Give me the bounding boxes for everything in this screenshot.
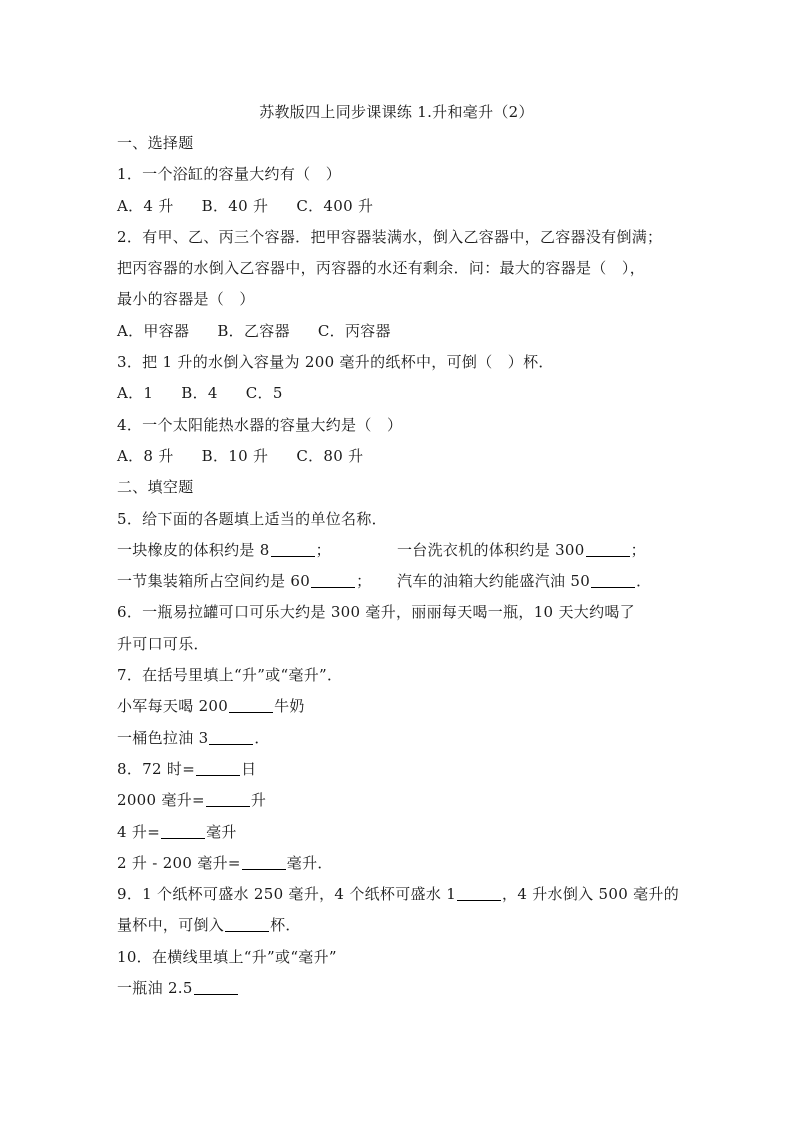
question-6-line-2: 升可口可乐．	[117, 632, 697, 663]
q5-item-2-punct: ；	[631, 541, 646, 559]
question-1-options: A．4 升B．40 升C．400 升	[117, 194, 697, 225]
q5-item-4-punct: ．	[636, 572, 651, 590]
q5-item-1: 一块橡皮的体积约是 8；	[117, 541, 331, 559]
question-4-options: A．8 升B．10 升C．80 升	[117, 444, 697, 475]
option-a: A．1	[117, 381, 153, 405]
answer-blank[interactable]	[271, 540, 315, 557]
question-2-options: A．甲容器B．乙容器C．丙容器	[117, 319, 697, 350]
question-5-row-1: 一块橡皮的体积约是 8； 一台洗衣机的体积约是 300；	[117, 538, 697, 569]
question-8-item-3: 4 升=毫升	[117, 820, 697, 851]
option-a: A．4 升	[117, 194, 174, 218]
question-2-stem-line-2: 把丙容器的水倒入乙容器中，丙容器的水还有剩余．问：最大的容器是（ ），	[117, 256, 697, 287]
answer-blank[interactable]	[457, 884, 501, 901]
answer-blank[interactable]	[586, 540, 630, 557]
question-6-line-1: 6．一瓶易拉罐可口可乐大约是 300 毫升，丽丽每天喝一瓶，10 天大约喝了	[117, 600, 697, 631]
q5-item-2: 一台洗衣机的体积约是 300；	[397, 538, 646, 562]
q9-line-2-text: 量杯中，可倒入	[117, 916, 224, 934]
question-8-item-2: 2000 毫升=升	[117, 788, 697, 819]
q5-item-2-text: 一台洗衣机的体积约是 300	[397, 541, 585, 559]
answer-blank[interactable]	[242, 853, 286, 870]
option-b: B．10 升	[202, 444, 269, 468]
q7-item-1-suffix: 牛奶	[274, 697, 305, 715]
question-3-options: A．1B．4C．5	[117, 381, 697, 412]
option-a: A．8 升	[117, 444, 174, 468]
question-2-stem-line-1: 2．有甲、乙、丙三个容器．把甲容器装满水，倒入乙容器中，乙容器没有倒满；	[117, 225, 697, 256]
q5-item-4-text: 汽车的油箱大约能盛汽油 50	[397, 572, 590, 590]
q8-item-1-unit: 日	[241, 760, 256, 778]
option-b: B．乙容器	[217, 319, 290, 343]
q8-item-2-unit: 升	[251, 791, 266, 809]
q5-item-3-text: 一节集装箱所占空间约是 60	[117, 572, 310, 590]
question-5-row-2: 一节集装箱所占空间约是 60； 汽车的油箱大约能盛汽油 50．	[117, 569, 697, 600]
worksheet-content: 一、选择题 1．一个浴缸的容量大约有（ ） A．4 升B．40 升C．400 升…	[117, 131, 697, 1007]
q7-item-2-text: 一桶色拉油 3	[117, 729, 208, 747]
question-9-line-2: 量杯中，可倒入杯．	[117, 913, 697, 944]
option-c: C．400 升	[296, 194, 373, 218]
option-a: A．甲容器	[117, 319, 189, 343]
question-7-item-1: 小军每天喝 200牛奶	[117, 694, 697, 725]
answer-blank[interactable]	[311, 571, 355, 588]
answer-blank[interactable]	[161, 822, 205, 839]
q9-line-1-rest: ，4 升水倒入 500 毫升的	[502, 885, 679, 903]
q5-item-3-punct: ；	[356, 572, 371, 590]
q8-item-3-unit: 毫升	[206, 823, 237, 841]
section-heading-choice: 一、选择题	[117, 131, 697, 162]
q5-item-4: 汽车的油箱大约能盛汽油 50．	[397, 569, 651, 593]
option-b: B．4	[181, 381, 217, 405]
question-10-stem: 10．在横线里填上“升”或“毫升”	[117, 945, 697, 976]
q7-item-1-text: 小军每天喝 200	[117, 697, 228, 715]
q8-item-4-unit: 毫升．	[287, 854, 333, 872]
q5-item-1-punct: ；	[316, 541, 331, 559]
answer-blank[interactable]	[229, 696, 273, 713]
q5-item-3: 一节集装箱所占空间约是 60；	[117, 572, 371, 590]
question-5-stem: 5．给下面的各题填上适当的单位名称．	[117, 507, 697, 538]
question-7-item-2: 一桶色拉油 3．	[117, 726, 697, 757]
q5-item-1-text: 一块橡皮的体积约是 8	[117, 541, 270, 559]
answer-blank[interactable]	[209, 728, 253, 745]
question-8-item-1: 8．72 时=日	[117, 757, 697, 788]
option-c: C．80 升	[296, 444, 363, 468]
answer-blank[interactable]	[591, 571, 635, 588]
question-2-stem-line-3: 最小的容器是（ ）	[117, 287, 697, 318]
worksheet-page: 苏教版四上同步课课练 1.升和毫升（2） 一、选择题 1．一个浴缸的容量大约有（…	[0, 0, 793, 1122]
question-3-stem: 3．把 1 升的水倒入容量为 200 毫升的纸杯中，可倒（ ）杯．	[117, 350, 697, 381]
answer-blank[interactable]	[196, 759, 240, 776]
q7-item-2-suffix: ．	[254, 729, 269, 747]
q9-line-2-rest: 杯．	[270, 916, 301, 934]
section-heading-fill: 二、填空题	[117, 475, 697, 506]
answer-blank[interactable]	[225, 915, 269, 932]
answer-blank[interactable]	[206, 790, 250, 807]
option-c: C．5	[246, 381, 283, 405]
q8-item-3-text: 4 升=	[117, 823, 160, 841]
question-4-stem: 4．一个太阳能热水器的容量大约是（ ）	[117, 413, 697, 444]
option-b: B．40 升	[202, 194, 269, 218]
question-9-line-1: 9．1 个纸杯可盛水 250 毫升，4 个纸杯可盛水 1，4 升水倒入 500 …	[117, 882, 697, 913]
q10-item-1-text: 一瓶油 2.5	[117, 979, 193, 997]
worksheet-title: 苏教版四上同步课课练 1.升和毫升（2）	[0, 100, 793, 124]
answer-blank[interactable]	[194, 978, 238, 995]
q8-item-1-text: 8．72 时=	[117, 760, 195, 778]
question-8-item-4: 2 升 - 200 毫升=毫升．	[117, 851, 697, 882]
question-7-stem: 7．在括号里填上“升”或“毫升”．	[117, 663, 697, 694]
q8-item-4-text: 2 升 - 200 毫升=	[117, 854, 241, 872]
q9-line-1-text: 9．1 个纸杯可盛水 250 毫升，4 个纸杯可盛水 1	[117, 885, 456, 903]
question-1-stem: 1．一个浴缸的容量大约有（ ）	[117, 162, 697, 193]
option-c: C．丙容器	[318, 319, 391, 343]
question-10-item-1: 一瓶油 2.5	[117, 976, 697, 1007]
q8-item-2-text: 2000 毫升=	[117, 791, 205, 809]
